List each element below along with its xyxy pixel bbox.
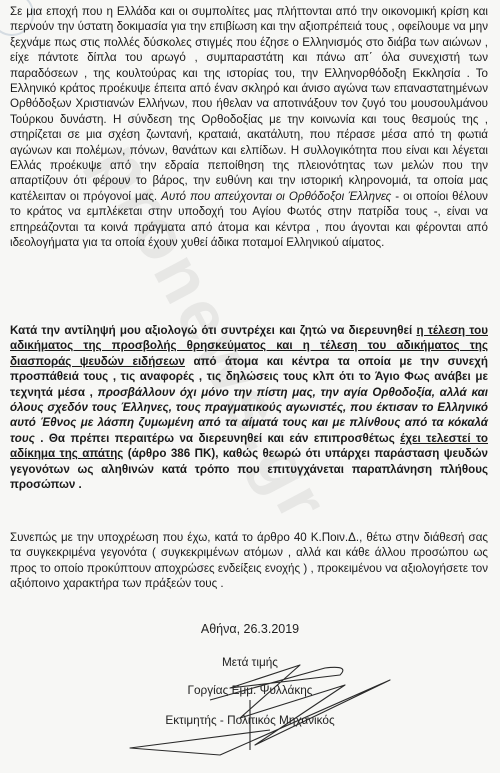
scanned-letter-page: pronews.gr Σε μια εποχή που η Ελλάδα και… (0, 0, 500, 773)
date-line: Αθήνα, 26.3.2019 (0, 622, 500, 636)
signature-scribble-icon (90, 660, 420, 770)
intro-italic-text: Αυτό που απεύχονται οι Ορθόδοξοι Έλληνες (161, 190, 391, 203)
complaint-text: Κατά την αντίληψή μου αξιολογώ ότι συντρ… (10, 324, 416, 337)
paragraph-intro: Σε μια εποχή που η Ελλάδα και οι συμπολί… (10, 4, 488, 251)
paragraph-complaint: Κατά την αντίληψή μου αξιολογώ ότι συντρ… (10, 323, 488, 492)
intro-text: Σε μια εποχή που η Ελλάδα και οι συμπολί… (10, 5, 488, 203)
complaint-text-3: . Θα πρέπει περαιτέρω να διερευνηθεί και… (35, 432, 400, 445)
paragraph-conclusion: Συνεπώς με την υποχρέωση που έχω, κατά τ… (10, 530, 488, 592)
